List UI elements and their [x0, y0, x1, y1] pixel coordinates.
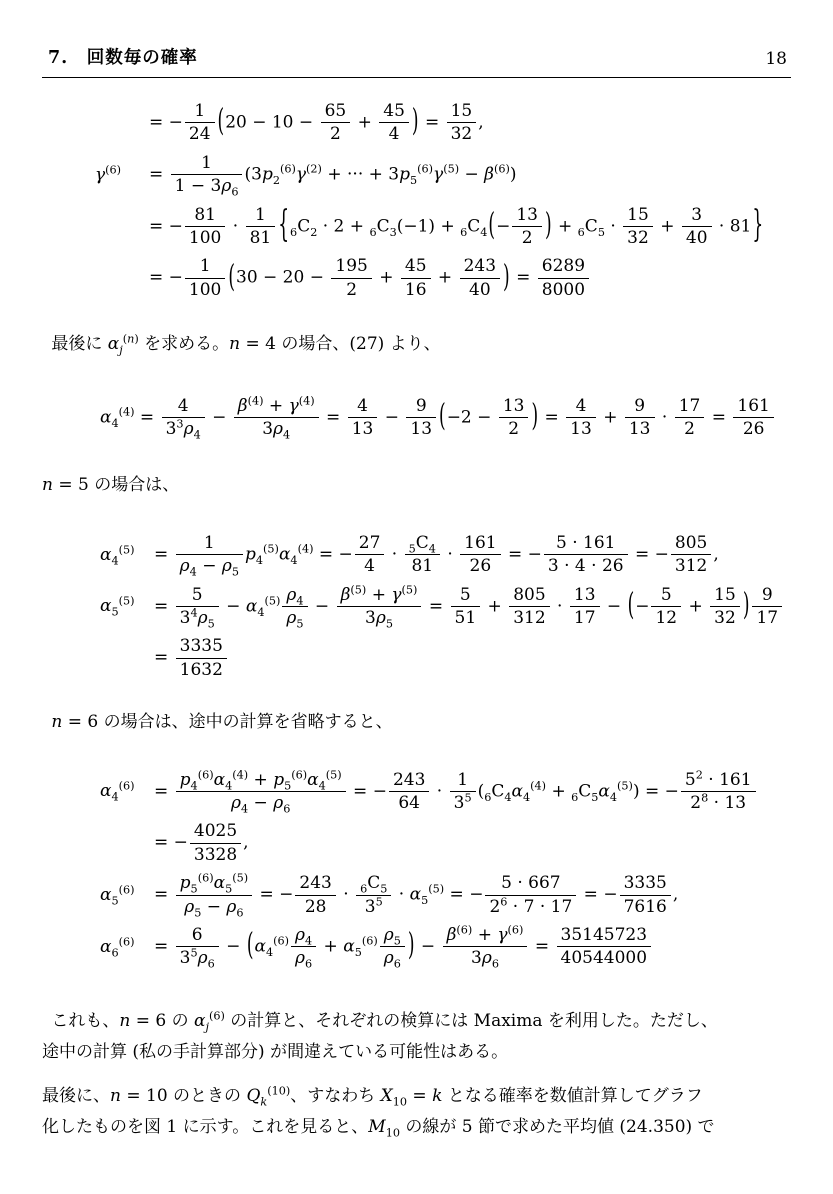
equation-block-1: = −124(20 − 10 − 652 + 454) = 1532,γ(6)=… [95, 100, 793, 301]
equation-line: α4(6)= p4(6)α4(4) + p5(6)α4(5)ρ4 − ρ6 = … [100, 769, 793, 815]
equation-line: α4(5)= 1ρ4 − ρ5p4(5)α4(4) = −274 · 5C481… [100, 532, 793, 578]
paragraph-2: n = 5 の場合は、 [42, 470, 791, 501]
equation-block-4: α4(6)= p4(6)α4(4) + p5(6)α4(5)ρ4 − ρ6 = … [100, 769, 793, 970]
page-number: 18 [765, 49, 787, 69]
paragraph-3: n = 6 の場合は、途中の計算を省略すると、 [42, 707, 791, 738]
equation-line: = 33351632 [100, 635, 793, 681]
equation-line: = −40253328, [100, 820, 793, 866]
paragraph-1: 最後に αj(n) を求める。n = 4 の場合、(27) より、 [42, 329, 791, 360]
equation-line: γ(6)= 11 − 3ρ6(3p2(6)γ(2) + ··· + 3p5(6)… [95, 152, 793, 198]
equation-line: α4(4) = 433ρ4 − β(4) + γ(4)3ρ4 = 413 − 9… [100, 395, 793, 441]
equation-line: = −1100(30 − 20 − 1952 + 4516 + 24340) =… [95, 255, 793, 301]
paragraph-5: 最後に、n = 10 のときの Qk(10)、すなわち X10 = k となる確… [42, 1081, 791, 1144]
equation-line: α5(6)= p5(6)α5(5)ρ5 − ρ6 = −24328 · 6C53… [100, 872, 793, 918]
page: 7. 回数毎の確率 18 = −124(20 − 10 − 652 + 454)… [0, 0, 833, 1194]
equation-line: = −81100 · 181{6C2 · 2 + 6C3(−1) + 6C4(−… [95, 204, 793, 250]
page-header: 7. 回数毎の確率 18 [42, 0, 791, 78]
equation-line: α6(6)= 635ρ6 − (α4(6)ρ4ρ6 + α5(6)ρ5ρ6) −… [100, 924, 793, 970]
equation-line: = −124(20 − 10 − 652 + 454) = 1532, [95, 100, 793, 146]
equation-line: α5(5)= 534ρ5 − α4(5)ρ4ρ5 − β(5) + γ(5)3ρ… [100, 584, 793, 630]
section-title: 7. 回数毎の確率 [48, 44, 198, 69]
paragraph-4: これも、n = 6 の αj(6) の計算と、それぞれの検算には Maxima … [42, 1006, 791, 1069]
equation-block-3: α4(5)= 1ρ4 − ρ5p4(5)α4(4) = −274 · 5C481… [100, 532, 793, 681]
equation-block-2: α4(4) = 433ρ4 − β(4) + γ(4)3ρ4 = 413 − 9… [100, 395, 793, 441]
